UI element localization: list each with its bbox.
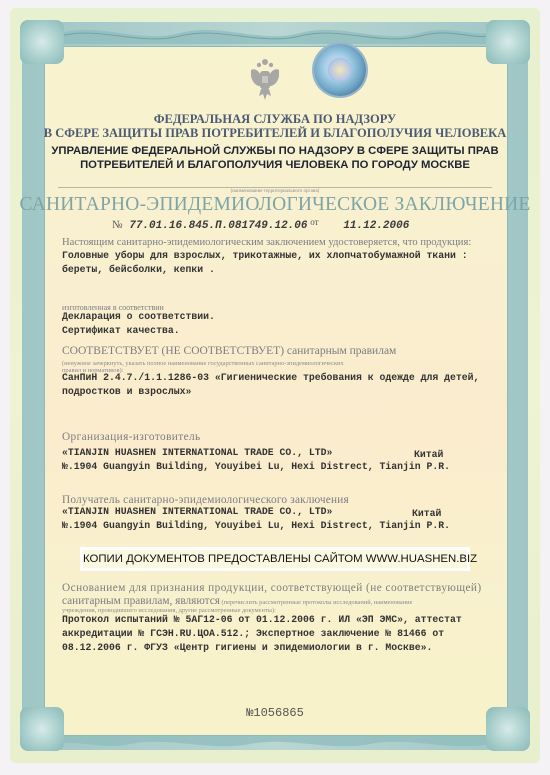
top-wave-ornament [60, 22, 490, 44]
document-title: САНИТАРНО-ЭПИДЕМИОЛОГИЧЕСКОЕ ЗАКЛЮЧЕНИЕ [0, 194, 550, 216]
corner-ornament-top-right [486, 20, 530, 64]
certificate-document: ФЕДЕРАЛЬНАЯ СЛУЖБА ПО НАДЗОРУ В СФЕРЕ ЗА… [0, 0, 550, 775]
basis-line-2: санитарным правилам, являются (перечисли… [62, 595, 412, 607]
manufacturer-label: Организация-изготовитель [62, 431, 201, 443]
document-number: 77.01.16.845.П.081749.12.06 [129, 220, 307, 232]
manufacturer-address: №.1904 Guangyin Building, Youyibei Lu, H… [62, 461, 450, 472]
made-in-accordance-line-2: Сертификат качества. [62, 325, 180, 336]
agency-name-line-2: В СФЕРЕ ЗАЩИТЫ ПРАВ ПОТРЕБИТЕЛЕЙ И БЛАГО… [0, 126, 550, 141]
bottom-wave-ornament [60, 734, 490, 756]
number-sign: № [112, 219, 123, 231]
basis-line-1: Основанием для признания продукции, соот… [62, 582, 482, 594]
document-number-line: № 77.01.16.845.П.081749.12.06 от 11.12.2… [112, 217, 409, 232]
sanpin-line-1: СанПиН 2.4.7./1.1.1286-03 «Гигиенические… [62, 372, 479, 383]
recipient-country: Китай [412, 508, 441, 519]
hologram-seal-icon [314, 44, 366, 96]
divider-line [58, 187, 492, 188]
product-line-2: береты, бейсболки, кепки . [62, 264, 215, 275]
serial-number: №1056865 [0, 706, 550, 720]
watermark-text: КОПИИ ДОКУМЕНТОВ ПРЕДОСТАВЛЕНЫ САЙТОМ WW… [83, 550, 467, 568]
department-name-line-2: ПОТРЕБИТЕЛЕЙ И БЛАГОПОЛУЧИЯ ЧЕЛОВЕКА ПО … [0, 159, 550, 171]
recipient-label: Получатель санитарно-эпидемиологического… [62, 494, 349, 506]
corner-ornament-top-left [20, 20, 64, 64]
protocol-line-1: Протокол испытаний № 5АГ12-06 от 01.12.2… [62, 614, 462, 625]
sanpin-line-2: подростков и взрослых» [62, 386, 191, 397]
product-line-1: Головные уборы для взрослых, трикотажные… [62, 250, 468, 261]
basis-line-2-main: санитарным правилам, являются [62, 595, 220, 607]
document-date: 11.12.2006 [343, 220, 409, 232]
manufacturer-name: «TIANJIN HUASHEN INTERNATIONAL TRADE CO.… [62, 447, 332, 458]
basis-line-2-note: (перечислить рассмотренные протоколы исс… [220, 599, 413, 606]
manufacturer-country: Китай [414, 449, 443, 460]
agency-name-line-1: ФЕДЕРАЛЬНАЯ СЛУЖБА ПО НАДЗОРУ [0, 112, 550, 127]
basis-line-3-note: учреждения, проводившего исследования, д… [62, 607, 276, 614]
watermark-banner: КОПИИ ДОКУМЕНТОВ ПРЕДОСТАВЛЕНЫ САЙТОМ WW… [80, 547, 470, 571]
protocol-line-3: 08.12.2006 г. ФГУЗ «Центр гигиены и эпид… [62, 642, 432, 653]
date-prefix: от [310, 217, 318, 227]
intro-text: Настоящим санитарно-эпидемиологическим з… [62, 237, 471, 248]
recipient-name: «TIANJIN HUASHEN INTERNATIONAL TRADE CO.… [62, 506, 332, 517]
department-name-line-1: УПРАВЛЕНИЕ ФЕДЕРАЛЬНОЙ СЛУЖБЫ ПО НАДЗОРУ… [0, 145, 550, 157]
protocol-line-2: аккредитации № ГСЭН.RU.ЦОА.512.; Эксперт… [62, 628, 444, 639]
complies-note-line-1: (ненужное зачеркнуть, указать полное наи… [62, 360, 344, 367]
recipient-address: №.1904 Guangyin Building, Youyibei Lu, H… [62, 520, 450, 531]
complies-statement: СООТВЕТСТВУЕТ (НЕ СООТВЕТСТВУЕТ) санитар… [62, 345, 396, 357]
coat-of-arms-icon [248, 56, 282, 104]
made-in-accordance-line-1: Декларация о соответствии. [62, 311, 215, 322]
